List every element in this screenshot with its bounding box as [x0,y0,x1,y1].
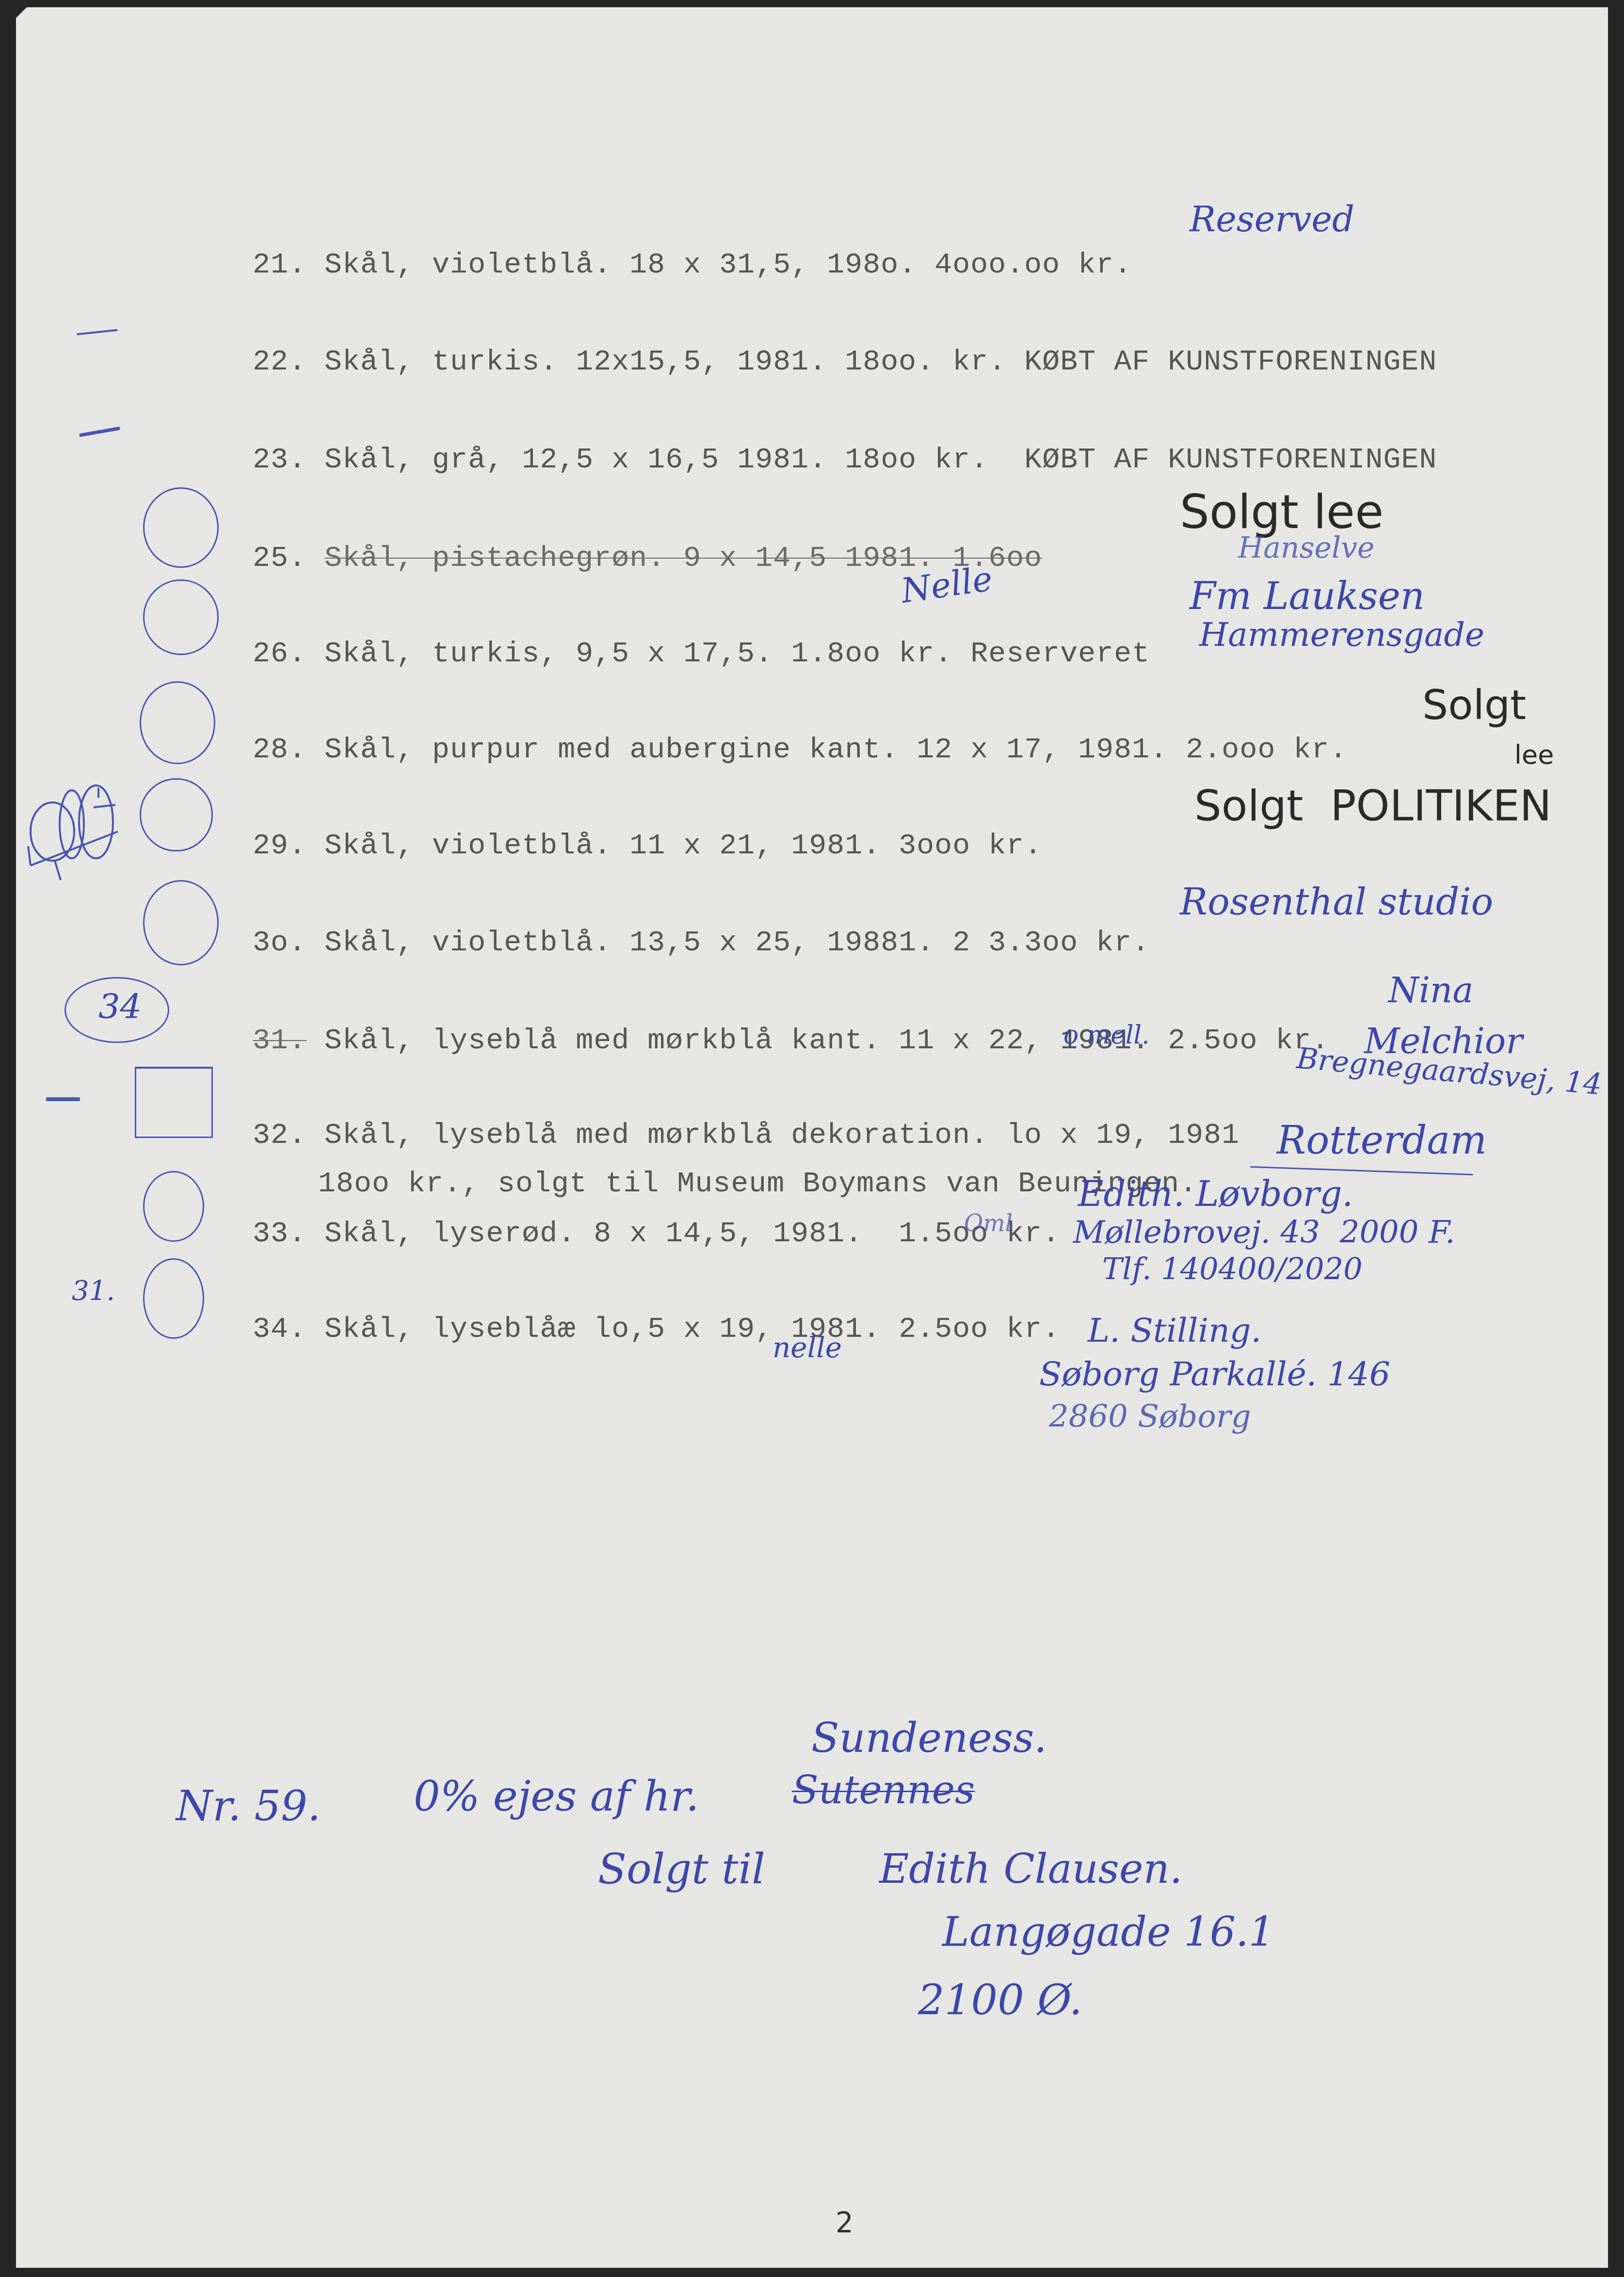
entry-text: Skål, violetblå. 11 x 21, 1981. 3ooo kr. [324,830,1042,863]
handwritten-note: Rosenthal studio [1180,880,1493,923]
note-line1: 0% ejes af hr. [414,1772,699,1821]
entry-text: Skål, turkis, 9,5 x 17,5. 1.8oo kr. Rese… [324,638,1150,671]
entry-26: 26. Skål, turkis, 9,5 x 17,5. 1.8oo kr. … [181,605,1150,704]
page-number: 2 [836,2206,853,2239]
handwritten-note: Solgt [1422,681,1526,729]
margin-dash-mark [79,427,120,437]
entry-number: 21. [253,249,306,282]
entry-number: 25. [253,542,306,575]
entry-text: Skål, violetblå. 18 x 31,5, 198o. 4ooo.o… [324,249,1132,282]
signature-scribble-icon [26,778,123,880]
entry-text: Skål, grå, 12,5 x 16,5 1981. 18oo kr. KØ… [324,444,1437,477]
entry-text: Skål, lyseblå med mørkblå kant. 11 x 22,… [324,1025,1329,1058]
handwritten-note: Edith. Løvborg. [1078,1173,1353,1214]
handwritten-note: o mell. [1063,1021,1150,1050]
entry-number: 31. [253,1025,306,1058]
handwritten-note: 2860 Søborg [1049,1399,1251,1435]
handwritten-note: Hammerensgade [1199,616,1484,654]
document-page: 21. Skål, violetblå. 18 x 31,5, 198o. 4o… [16,7,1608,2268]
note-name-corrected: Sundeness. [811,1714,1047,1762]
entry-30: 3o. Skål, violetblå. 13,5 x 25, 19881. 2… [181,894,1150,993]
handwritten-note: nelle [772,1331,842,1364]
entry-number: 29. [253,830,306,863]
entry-number: 22. [253,346,306,379]
handwritten-note: Nina [1388,970,1473,1010]
entry-29: 29. Skål, violetblå. 11 x 21, 1981. 3ooo… [181,797,1042,896]
handwritten-note: Fm Lauksen [1190,575,1425,618]
entry-number: 28. [253,734,306,767]
entry-34: 34. Skål, lyseblåæ lo,5 x 19, 1981. 2.5o… [181,1280,1060,1379]
entry-text: Skål, lyseblåæ lo,5 x 19, 1981. 2.5oo kr… [324,1313,1060,1346]
entry-text: Skål, lyserød. 8 x 14,5, 1981. 1.5oo kr. [324,1218,1060,1251]
corrected-number: 34 [98,987,142,1026]
margin-dash-mark [77,329,118,336]
entry-33: 33. Skål, lyserød. 8 x 14,5, 1981. 1.5oo… [181,1185,1060,1283]
note-address: Langøgade 16.1 [942,1908,1274,1956]
handwritten-note: Solgt POLITIKEN [1194,781,1552,831]
note-name-struck: Sutennes [792,1767,975,1812]
handwritten-note: Søborg Parkallé. 146 [1039,1355,1390,1394]
handwritten-note: Rotterdam [1277,1118,1487,1163]
entry-number: 23. [253,444,306,477]
handwritten-note: lee [1514,739,1554,770]
margin-double-dash-mark [46,1097,80,1101]
entry-22: 22. Skål, turkis. 12x15,5, 1981. 18oo. k… [181,313,1437,412]
handwritten-note: Reserved [1190,199,1354,240]
entry-21: 21. Skål, violetblå. 18 x 31,5, 198o. 4o… [181,216,1132,315]
note-buyer: Edith Clausen. [879,1845,1182,1892]
entry-28: 28. Skål, purpur med aubergine kant. 12 … [181,701,1347,800]
note-line2: Solgt til [598,1845,765,1893]
handwritten-note: Oml [964,1210,1013,1237]
entry-number: 3o. [253,927,306,960]
handwritten-note: Hanselve [1238,531,1375,565]
entry-number: 34. [253,1313,306,1346]
entry-number: 33. [253,1218,306,1251]
entry-text: Skål, violetblå. 13,5 x 25, 19881. 2 3.3… [324,927,1150,960]
note-postcode: 2100 Ø. [918,1976,1082,2024]
handwritten-note: L. Stilling. [1088,1312,1261,1350]
entry-text: Skål, turkis. 12x15,5, 1981. 18oo. kr. K… [324,346,1437,379]
entry-31: 31. Skål, lyseblå med mørkblå kant. 11 x… [181,992,1329,1090]
entry-number: 26. [253,638,306,671]
margin-number: 31. [72,1275,115,1307]
handwritten-note: Tlf. 140400/2020 [1102,1251,1363,1286]
entry-text: Skål, purpur med aubergine kant. 12 x 17… [324,734,1347,767]
handwritten-note: Møllebrovej. 43 2000 F. [1073,1215,1455,1251]
note-number: Nr. 59. [176,1782,321,1830]
